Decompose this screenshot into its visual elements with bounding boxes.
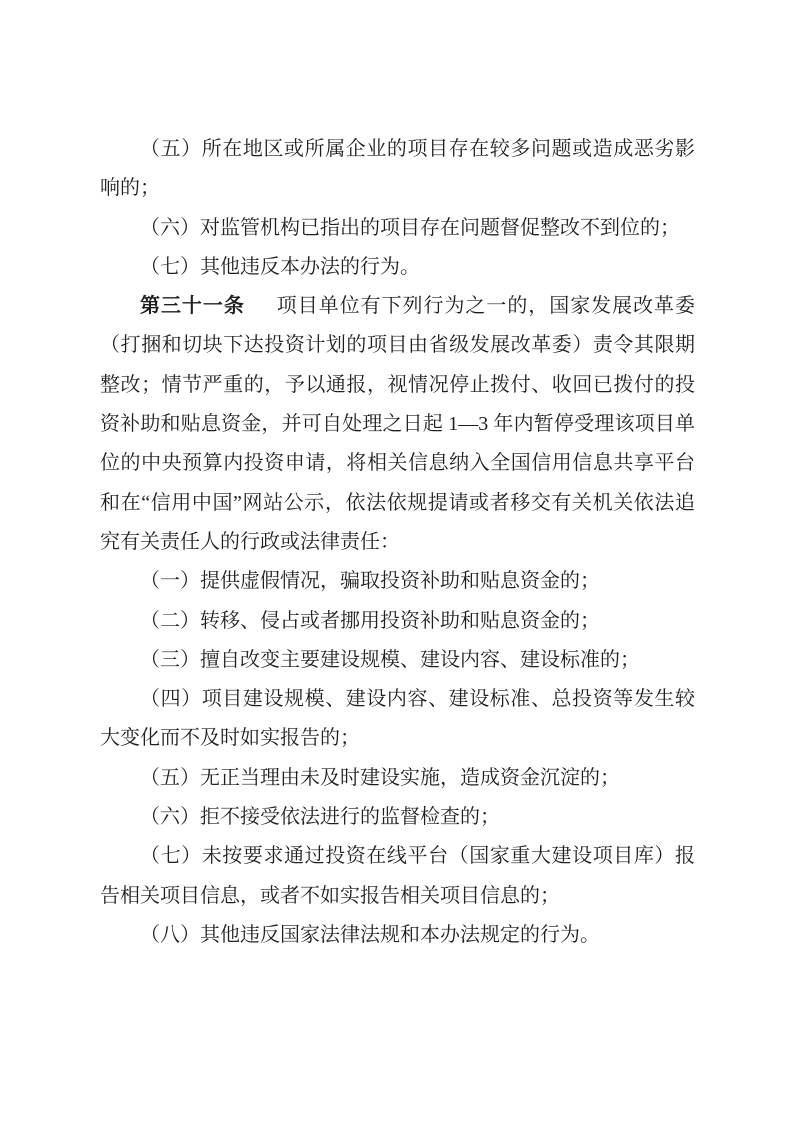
clause-paragraph: （四）项目建设规模、建设内容、建设标准、总投资等发生较大变化而不及时如实报告的； xyxy=(100,680,695,759)
clause-paragraph: （八）其他违反国家法律法规和本办法规定的行为。 xyxy=(100,916,695,955)
article-text: 项目单位有下列行为之一的，国家发展改革委（打捆和切块下达投资计划的项目由省级发展… xyxy=(100,295,695,553)
clause-paragraph: （六）对监管机构已指出的项目存在问题督促整改不到位的； xyxy=(100,209,695,248)
clause-paragraph: （五）无正当理由未及时建设实施，造成资金沉淀的； xyxy=(100,759,695,798)
clause-paragraph: （一）提供虚假情况，骗取投资补助和贴息资金的； xyxy=(100,562,695,601)
document-body: （五）所在地区或所属企业的项目存在较多问题或造成恶劣影响的；（六）对监管机构已指… xyxy=(100,130,695,955)
article-number: 第三十一条 xyxy=(140,295,245,317)
clause-paragraph: （五）所在地区或所属企业的项目存在较多问题或造成恶劣影响的； xyxy=(100,130,695,209)
article-paragraph: 第三十一条项目单位有下列行为之一的，国家发展改革委（打捆和切块下达投资计划的项目… xyxy=(100,287,695,562)
clause-paragraph: （七）未按要求通过投资在线平台（国家重大建设项目库）报告相关项目信息，或者不如实… xyxy=(100,837,695,916)
clause-paragraph: （三）擅自改变主要建设规模、建设内容、建设标准的； xyxy=(100,641,695,680)
clause-paragraph: （六）拒不接受依法进行的监督检查的； xyxy=(100,798,695,837)
document-page: （五）所在地区或所属企业的项目存在较多问题或造成恶劣影响的；（六）对监管机构已指… xyxy=(0,0,794,1123)
clause-paragraph: （七）其他违反本办法的行为。 xyxy=(100,248,695,287)
clause-paragraph: （二）转移、侵占或者挪用投资补助和贴息资金的； xyxy=(100,602,695,641)
